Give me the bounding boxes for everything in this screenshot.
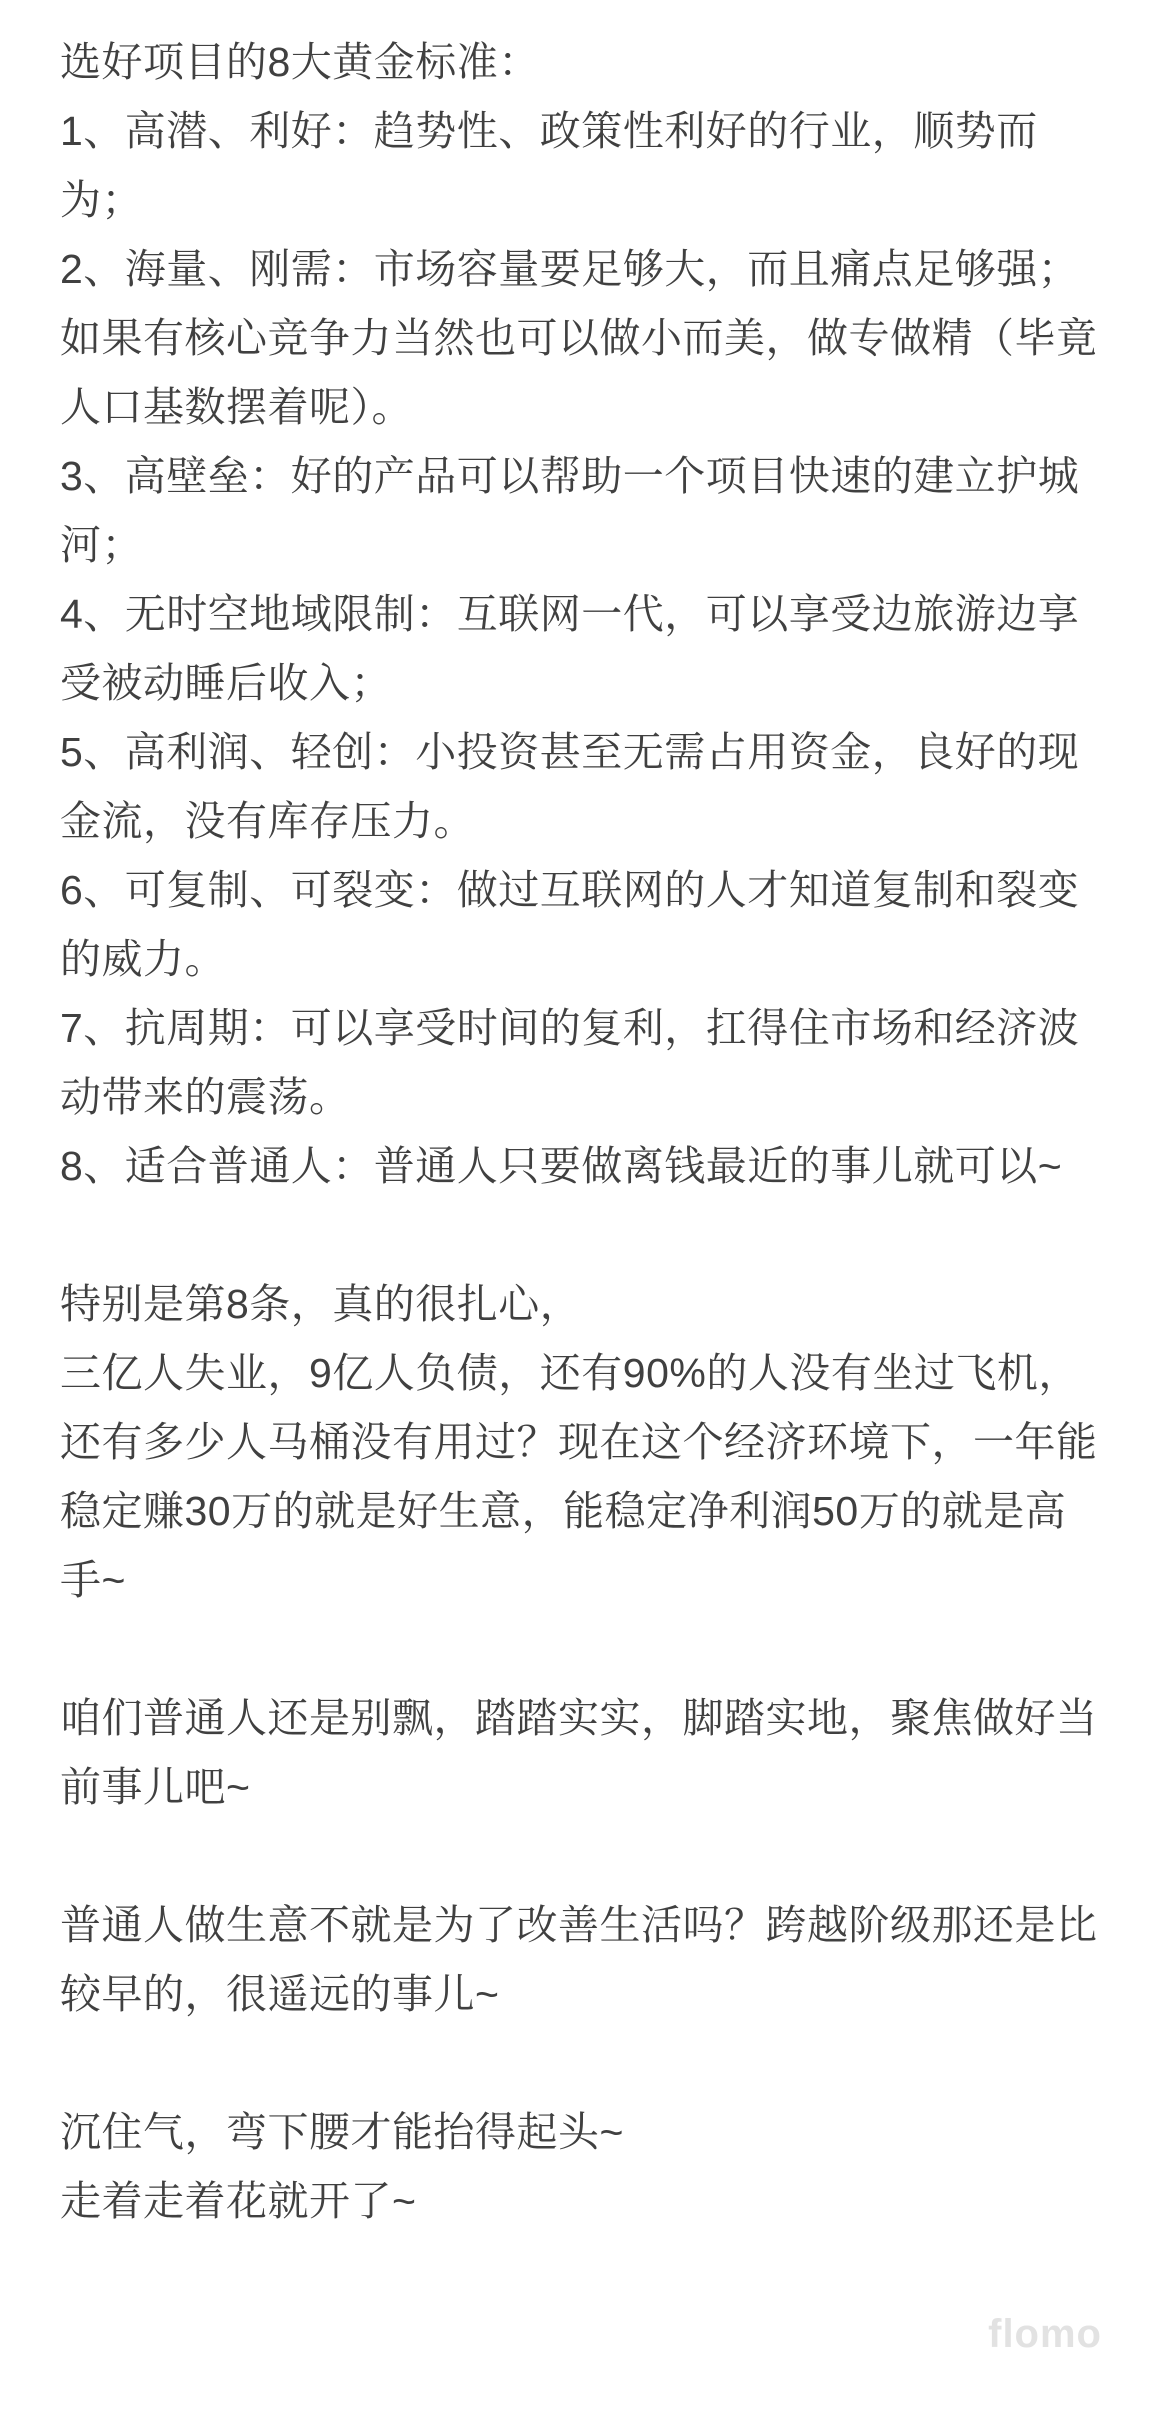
note-line: 动带来的震荡。 xyxy=(60,1063,1122,1132)
note-line: 稳定赚30万的就是好生意，能稳定净利润50万的就是高 xyxy=(60,1477,1122,1546)
note-line: 为； xyxy=(60,166,1122,235)
note-line: 咱们普通人还是别飘，踏踏实实，脚踏实地，聚焦做好当 xyxy=(60,1684,1122,1753)
note-line-title: 选好项目的8大黄金标准： xyxy=(60,28,1122,97)
note-line: 如果有核心竞争力当然也可以做小而美，做专做精（毕竟 xyxy=(60,304,1122,373)
note-line: 前事儿吧~ xyxy=(60,1753,1122,1822)
note-line: 走着走着花就开了~ xyxy=(60,2167,1122,2236)
note-line: 三亿人失业，9亿人负债，还有90%的人没有坐过飞机， xyxy=(60,1339,1122,1408)
flomo-watermark-logo: flomo xyxy=(988,2312,1102,2356)
note-body: 选好项目的8大黄金标准： 1、高潜、利好：趋势性、政策性利好的行业，顺势而 为；… xyxy=(60,28,1122,2236)
note-line: 的威力。 xyxy=(60,925,1122,994)
note-line: 6、可复制、可裂变：做过互联网的人才知道复制和裂变 xyxy=(60,856,1122,925)
note-line: 3、高壁垒：好的产品可以帮助一个项目快速的建立护城 xyxy=(60,442,1122,511)
note-line: 2、海量、刚需：市场容量要足够大，而且痛点足够强； xyxy=(60,235,1122,304)
note-line: 7、抗周期：可以享受时间的复利，扛得住市场和经济波 xyxy=(60,994,1122,1063)
note-line-blank xyxy=(60,1615,1122,1684)
note-line-blank xyxy=(60,1822,1122,1891)
note-card: 选好项目的8大黄金标准： 1、高潜、利好：趋势性、政策性利好的行业，顺势而 为；… xyxy=(0,0,1168,2426)
note-line: 1、高潜、利好：趋势性、政策性利好的行业，顺势而 xyxy=(60,97,1122,166)
note-line: 普通人做生意不就是为了改善生活吗？跨越阶级那还是比 xyxy=(60,1891,1122,1960)
note-line: 较早的，很遥远的事儿~ xyxy=(60,1960,1122,2029)
note-line: 8、适合普通人：普通人只要做离钱最近的事儿就可以~ xyxy=(60,1132,1122,1201)
note-line: 河； xyxy=(60,511,1122,580)
note-line: 4、无时空地域限制：互联网一代，可以享受边旅游边享 xyxy=(60,580,1122,649)
note-line: 手~ xyxy=(60,1546,1122,1615)
note-line: 还有多少人马桶没有用过？现在这个经济环境下，一年能 xyxy=(60,1408,1122,1477)
note-line-blank xyxy=(60,2029,1122,2098)
note-line: 受被动睡后收入； xyxy=(60,649,1122,718)
note-line: 沉住气，弯下腰才能抬得起头~ xyxy=(60,2098,1122,2167)
note-line: 5、高利润、轻创：小投资甚至无需占用资金，良好的现 xyxy=(60,718,1122,787)
note-line: 金流，没有库存压力。 xyxy=(60,787,1122,856)
note-line: 特别是第8条，真的很扎心， xyxy=(60,1270,1122,1339)
note-line-blank xyxy=(60,1201,1122,1270)
note-line: 人口基数摆着呢）。 xyxy=(60,373,1122,442)
